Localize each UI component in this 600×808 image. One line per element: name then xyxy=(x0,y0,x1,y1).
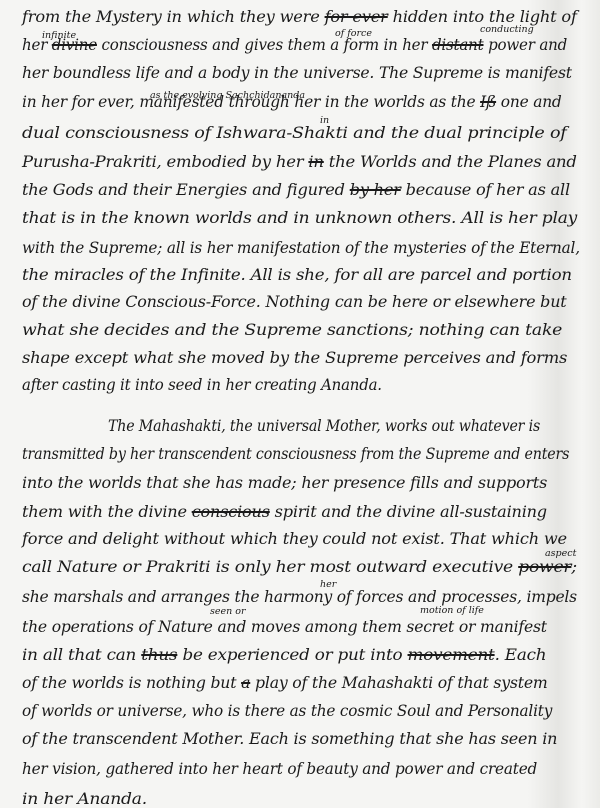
manuscript-line: of the worlds is nothing but a play of t… xyxy=(22,674,548,692)
text-segment: power and xyxy=(484,36,568,54)
interlinear-insertion: her xyxy=(320,579,336,590)
text-segment: she marshals and arranges the harmony of… xyxy=(22,588,577,606)
text-segment: the miracles of the Infinite. All is she… xyxy=(22,266,572,284)
struck-word: for ever xyxy=(325,8,388,26)
manuscript-line: dual consciousness of Ishwara-Shakti and… xyxy=(22,124,567,142)
interlinear-insertion: seen or xyxy=(210,606,246,617)
manuscript-line: her boundless life and a body in the uni… xyxy=(22,64,572,82)
struck-word: Iß xyxy=(480,93,496,111)
manuscript-line: the miracles of the Infinite. All is she… xyxy=(22,266,572,284)
text-segment: of worlds or universe, who is there as t… xyxy=(22,702,552,720)
struck-word: in xyxy=(308,153,323,171)
text-segment: with the Supreme; all is her manifestati… xyxy=(22,239,580,257)
text-segment: in her xyxy=(384,36,432,54)
manuscript-line: in all that can thus be experienced or p… xyxy=(22,646,546,664)
text-segment: in her Ananda. xyxy=(22,790,147,808)
struck-word: thus xyxy=(141,646,177,664)
text-segment: the operations of Nature and moves among… xyxy=(22,618,547,636)
interlinear-insertion: aspect xyxy=(545,548,576,559)
text-segment: . Each xyxy=(495,646,547,664)
text-segment: them with the divine xyxy=(22,503,192,521)
struck-word: movement xyxy=(408,646,495,664)
text-segment: after casting it into seed in her creati… xyxy=(22,376,382,394)
text-segment: that is in the known worlds and in unkno… xyxy=(22,209,577,227)
manuscript-line: of the divine Conscious-Force. Nothing c… xyxy=(22,293,566,311)
interlinear-insertion: in xyxy=(320,115,329,126)
interlinear-insertion: as the evolving Sachchidananda xyxy=(150,90,305,101)
text-segment: in all that can xyxy=(22,646,141,664)
text-segment: one and xyxy=(496,93,561,111)
manuscript-line: The Mahashakti, the universal Mother, wo… xyxy=(108,417,540,435)
manuscript-line: she marshals and arranges the harmony of… xyxy=(22,588,577,606)
manuscript-line: with the Supreme; all is her manifestati… xyxy=(22,239,580,257)
manuscript-line: call Nature or Prakriti is only her most… xyxy=(22,558,577,576)
text-segment: what she decides and the Supreme sanctio… xyxy=(22,321,562,339)
text-segment: transmitted by her transcendent consciou… xyxy=(22,445,569,463)
interlinear-insertion: motion of life xyxy=(420,605,484,616)
text-segment: into the worlds that she has made; her p… xyxy=(22,474,547,492)
text-segment: of the divine Conscious-Force. Nothing c… xyxy=(22,293,566,311)
struck-word: distant xyxy=(432,36,484,54)
manuscript-line: her divine consciousness and gives them … xyxy=(22,36,567,54)
manuscript-line: what she decides and the Supreme sanctio… xyxy=(22,321,562,339)
text-segment: her vision, gathered into her heart of b… xyxy=(22,760,537,778)
text-segment: the Worlds and the Planes and xyxy=(324,153,577,171)
struck-word: a xyxy=(241,674,250,692)
manuscript-line: into the worlds that she has made; her p… xyxy=(22,474,547,492)
manuscript-line: in her Ananda. xyxy=(22,790,147,808)
text-segment: of the transcendent Mother. Each is some… xyxy=(22,730,557,748)
struck-word: by her xyxy=(350,181,401,199)
text-segment: ; xyxy=(571,558,577,576)
interlinear-insertion: conducting xyxy=(480,24,534,35)
text-segment: her boundless life and a body in the uni… xyxy=(22,64,572,82)
text-segment: The Mahashakti, the universal Mother, wo… xyxy=(108,417,540,435)
manuscript-line: shape except what she moved by the Supre… xyxy=(22,349,567,367)
manuscript-line: them with the divine conscious spirit an… xyxy=(22,503,547,521)
text-segment: be experienced or put into xyxy=(177,646,407,664)
manuscript-line: transmitted by her transcendent consciou… xyxy=(22,445,569,463)
manuscript-line: the operations of Nature and moves among… xyxy=(22,618,547,636)
manuscript-line: the Gods and their Energies and figured … xyxy=(22,181,570,199)
interlinear-insertion: of force xyxy=(335,28,372,39)
manuscript-line: her vision, gathered into her heart of b… xyxy=(22,760,537,778)
text-segment: play of the Mahashakti of that system xyxy=(250,674,547,692)
manuscript-page: from the Mystery in which they were for … xyxy=(0,0,600,808)
struck-word: power xyxy=(518,558,571,576)
text-segment: of the worlds is nothing but xyxy=(22,674,241,692)
text-segment: dual consciousness of Ishwara-Shakti and… xyxy=(22,124,567,142)
text-segment: call Nature or Prakriti is only her most… xyxy=(22,558,518,576)
manuscript-line: of worlds or universe, who is there as t… xyxy=(22,702,552,720)
manuscript-line: Purusha-Prakriti, embodied by her in the… xyxy=(22,153,577,171)
text-segment: the Gods and their Energies and figured xyxy=(22,181,350,199)
text-segment: from the Mystery in which they were xyxy=(22,8,325,26)
text-segment: because of her as all xyxy=(401,181,570,199)
manuscript-line: of the transcendent Mother. Each is some… xyxy=(22,730,557,748)
manuscript-line: after casting it into seed in her creati… xyxy=(22,376,382,394)
struck-word: conscious xyxy=(192,503,270,521)
text-segment: shape except what she moved by the Supre… xyxy=(22,349,567,367)
text-segment: force and delight without which they cou… xyxy=(22,530,567,548)
interlinear-insertion: infinite xyxy=(42,30,76,41)
manuscript-line: that is in the known worlds and in unkno… xyxy=(22,209,577,227)
text-segment: Purusha-Prakriti, embodied by her xyxy=(22,153,308,171)
manuscript-line: force and delight without which they cou… xyxy=(22,530,567,548)
text-segment: spirit and the divine all-sustaining xyxy=(270,503,547,521)
